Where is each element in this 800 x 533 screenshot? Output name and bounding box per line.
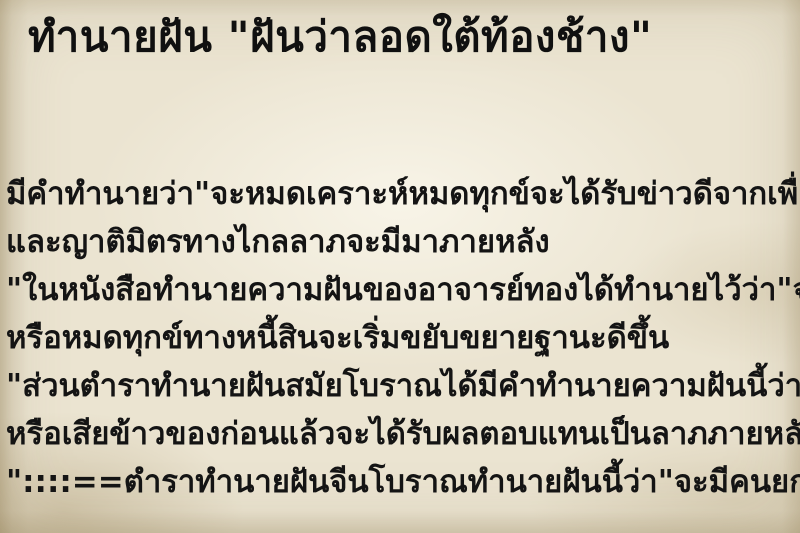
- interpretation-line: หรือหมดทุกข์ทางหนี้สินจะเริ่มขยับขยายฐาน…: [6, 314, 800, 362]
- interpretation-text: มีคำทำนายว่า"จะหมดเคราะห์หมดทุกข์จะได้รั…: [6, 170, 800, 506]
- dream-interpretation-page: ทำนายฝัน "ฝันว่าลอดใต้ท้องช้าง" มีคำทำนา…: [0, 0, 800, 533]
- interpretation-line: "ในหนังสือทำนายความฝันของอาจารย์ทองได้ทำ…: [6, 266, 800, 314]
- interpretation-line: "::::==ตำราทำนายฝันจีนโบราณทำนายฝันนี้ว่…: [6, 458, 800, 506]
- interpretation-line: มีคำทำนายว่า"จะหมดเคราะห์หมดทุกข์จะได้รั…: [6, 170, 800, 218]
- interpretation-line: และญาติมิตรทางไกลลาภจะมีมาภายหลัง: [6, 218, 800, 266]
- interpretation-line: หรือเสียข้าวของก่อนแล้วจะได้รับผลตอบแทนเ…: [6, 410, 800, 458]
- page-title: ทำนายฝัน "ฝันว่าลอดใต้ท้องช้าง": [28, 10, 800, 65]
- interpretation-line: "ส่วนตำราทำนายฝันสมัยโบราณได้มีคำทำนายคว…: [6, 362, 800, 410]
